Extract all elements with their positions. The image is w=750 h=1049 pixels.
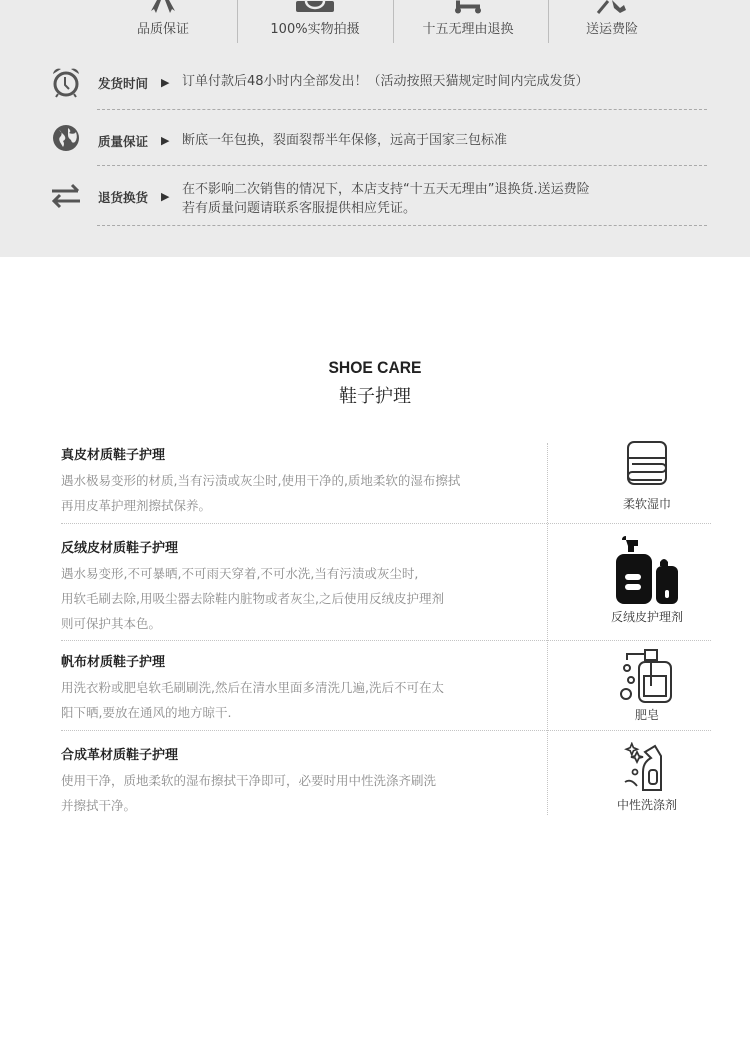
exchange-arrows-icon [50, 180, 82, 212]
play-arrow-icon: ▶ [161, 134, 169, 147]
product-suede-care: 反绒皮护理剂 [590, 536, 704, 625]
feature-quality: 品质保证 [130, 0, 196, 44]
globe-icon [50, 122, 82, 154]
product-soap: 肥皂 [590, 648, 704, 723]
care-desc: 阳下晒,要放在通风的地方晾干. [61, 700, 444, 725]
folded-towel-icon [624, 440, 670, 486]
care-title: 帆布材质鞋子护理 [61, 651, 444, 670]
care-desc: 用洗衣粉或肥皂软毛刷刷洗,然后在清水里面多清洗几遍,洗后不可在太 [61, 675, 444, 700]
policy-text: 在不影响二次销售的情况下，本店支持“十五天无理由”退换货.送运费险 [182, 180, 590, 199]
vertical-dotted-divider [547, 443, 548, 815]
product-label: 柔软湿巾 [590, 495, 704, 512]
tools-icon [592, 0, 632, 14]
product-label: 肥皂 [590, 706, 704, 723]
feature-label: 100%实物拍摄 [270, 18, 359, 37]
dotted-divider [61, 523, 711, 524]
dashed-divider [97, 109, 707, 110]
divider [548, 0, 549, 43]
care-bottles-icon [612, 536, 682, 606]
care-desc: 遇水易变形,不可暴晒,不可雨天穿着,不可水洗,当有污渍或灰尘时, [61, 561, 444, 586]
dotted-divider [61, 730, 711, 731]
policy-label: 发货时间 [98, 74, 148, 92]
product-label: 中性洗涤剂 [590, 796, 704, 813]
play-arrow-icon: ▶ [161, 190, 169, 203]
dashed-divider [97, 165, 707, 166]
care-item-canvas: 帆布材质鞋子护理 用洗衣粉或肥皂软毛刷刷洗,然后在清水里面多清洗几遍,洗后不可在… [61, 651, 444, 725]
dotted-divider [61, 640, 711, 641]
section-title-en: SHOE CARE [30, 358, 720, 378]
alarm-clock-icon [50, 66, 82, 98]
care-title: 真皮材质鞋子护理 [61, 444, 460, 463]
care-item-suede: 反绒皮材质鞋子护理 遇水易变形,不可暴晒,不可雨天穿着,不可水洗,当有污渍或灰尘… [61, 537, 444, 636]
care-desc: 并擦拭干净。 [61, 793, 436, 818]
section-title-zh: 鞋子护理 [0, 382, 750, 408]
divider [237, 0, 238, 43]
feature-label: 十五无理由退换 [422, 18, 513, 37]
feature-label: 送运费险 [586, 18, 638, 37]
care-desc: 使用干净，质地柔软的湿布擦拭干净即可，必要时用中性洗涤齐刷洗 [61, 768, 436, 793]
policy-label: 质量保证 [98, 132, 148, 150]
feature-label: 品质保证 [137, 18, 189, 37]
soap-dispenser-icon [619, 648, 675, 704]
detergent-bottle-icon [621, 742, 673, 792]
feature-real-photo: 100%实物拍摄 [270, 0, 360, 44]
product-wipes: 柔软湿巾 [590, 440, 704, 512]
care-item-leather: 真皮材质鞋子护理 遇水极易变形的材质,当有污渍或灰尘时,使用干净的,质地柔软的湿… [61, 444, 460, 518]
care-item-synthetic: 合成革材质鞋子护理 使用干净，质地柔软的湿布擦拭干净即可，必要时用中性洗涤齐刷洗… [61, 744, 436, 818]
policy-text: 断底一年包换，裂面裂帮半年保修，远高于国家三包标准 [182, 131, 507, 150]
policy-text: 若有质量问题请联系客服提供相应凭证。 [182, 199, 416, 218]
feature-return: 十五无理由退换 [420, 0, 516, 44]
care-desc: 遇水极易变形的材质,当有污渍或灰尘时,使用干净的,质地柔软的湿布擦拭 [61, 468, 460, 493]
divider [393, 0, 394, 43]
ribbon-icon [148, 0, 178, 14]
care-title: 反绒皮材质鞋子护理 [61, 537, 444, 556]
feature-insurance: 送运费险 [582, 0, 642, 44]
care-desc: 再用皮革护理剂擦拭保养。 [61, 493, 460, 518]
dashed-divider [97, 225, 707, 226]
cart-icon [448, 0, 488, 14]
product-label: 反绒皮护理剂 [590, 608, 704, 625]
care-title: 合成革材质鞋子护理 [61, 744, 436, 763]
care-desc: 则可保护其本色。 [61, 611, 444, 636]
policy-text: 订单付款后48小时内全部发出！（活动按照天猫规定时间内完成发货） [182, 72, 589, 91]
policy-label: 退货换货 [98, 188, 148, 206]
product-detergent: 中性洗涤剂 [590, 742, 704, 813]
play-arrow-icon: ▶ [161, 76, 169, 89]
care-desc: 用软毛刷去除,用吸尘器去除鞋内脏物或者灰尘,之后使用反绒皮护理剂 [61, 586, 444, 611]
camera-icon [295, 0, 335, 14]
